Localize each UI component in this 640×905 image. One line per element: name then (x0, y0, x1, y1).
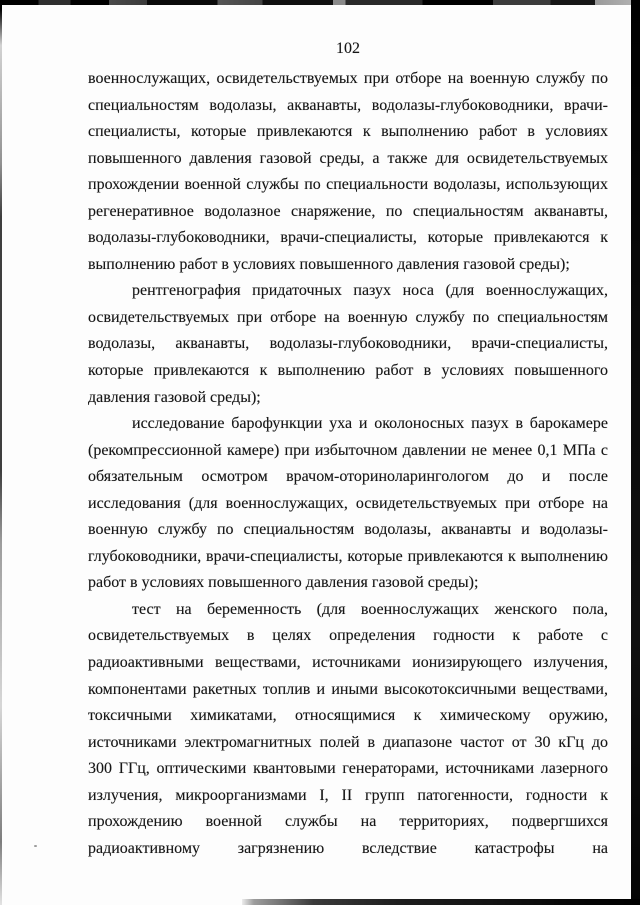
text-line: работ в условиях повышенного давления га… (88, 570, 608, 597)
text-line: излучения, микроорганизмами I, II групп … (88, 783, 608, 810)
text-line: водолазы, акванавты, водолазы-глубоковод… (88, 331, 608, 358)
document-text: военнослужащих, освидетельствуемых при о… (88, 66, 608, 862)
text-line: водолазы-глубоководники, врачи-специалис… (88, 225, 608, 252)
text-line: освидетельствуемых при отборе на военную… (88, 305, 608, 332)
text-line: давления газовой среды); (88, 385, 608, 412)
page-number: 102 (88, 40, 608, 58)
text-line: рентгенография придаточных пазух носа (д… (88, 278, 608, 305)
text-line: выполнению работ в условиях повышенного … (88, 252, 608, 279)
text-line: специальностям водолазы, акванавты, водо… (88, 93, 608, 120)
paragraph: военнослужащих, освидетельствуемых при о… (88, 66, 608, 278)
text-line: исследование барофункции уха и околоносн… (88, 411, 608, 438)
text-line: (рекомпрессионной камере) при избыточном… (88, 438, 608, 465)
paragraph: тест на беременность (для военнослужащих… (88, 597, 608, 862)
paragraph: исследование барофункции уха и околоносн… (88, 411, 608, 597)
text-line: специалисты, которые привлекаются к выпо… (88, 119, 608, 146)
scan-edge-bottom (242, 899, 640, 905)
scan-speck (34, 845, 37, 847)
scan-edge-left (0, 0, 2, 905)
text-line: обязательным осмотром врачом-оторинолари… (88, 464, 608, 491)
text-line: токсичными химикатами, относящимися к хи… (88, 703, 608, 730)
text-line: прохождению военной службы на территория… (88, 809, 608, 836)
scan-edge-top (0, 0, 640, 5)
text-line: регенеративное водолазное снаряжение, по… (88, 199, 608, 226)
text-line: 300 ГГц, оптическими квантовыми генерато… (88, 756, 608, 783)
text-line: прохождении военной службы по специально… (88, 172, 608, 199)
text-line: военнослужащих, освидетельствуемых при о… (88, 66, 608, 93)
text-line: радиоактивными веществами, источниками и… (88, 650, 608, 677)
text-line: радиоактивному загрязнению вследствие ка… (88, 836, 608, 863)
text-line: повышенного давления газовой среды, а та… (88, 146, 608, 173)
text-line: исследования (для военнослужащих, освиде… (88, 491, 608, 518)
text-line: глубоководники, врачи-специалисты, котор… (88, 544, 608, 571)
text-line: освидетельствуемых в целях определения г… (88, 623, 608, 650)
scan-edge-right (631, 0, 640, 905)
text-line: источниками электромагнитных полей в диа… (88, 730, 608, 757)
text-line: которые привлекаются к выполнению работ … (88, 358, 608, 385)
text-line: тест на беременность (для военнослужащих… (88, 597, 608, 624)
text-line: компонентами ракетных топлив и иными выс… (88, 677, 608, 704)
paragraph: рентгенография придаточных пазух носа (д… (88, 278, 608, 411)
text-line: военную службу по специальностям водолаз… (88, 517, 608, 544)
